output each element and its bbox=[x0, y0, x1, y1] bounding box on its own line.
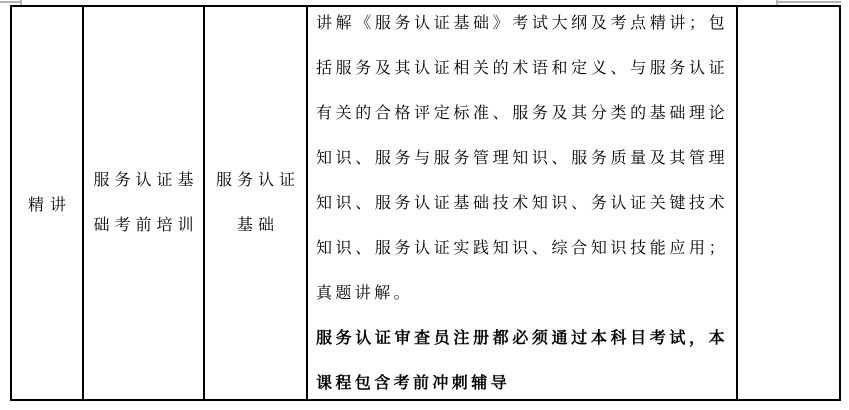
text-line: 服务认证审查员注册都必须通过本科目考试，本 bbox=[316, 316, 728, 361]
text-line: 课程包含考前冲刺辅导 bbox=[316, 361, 728, 399]
text-line: 讲解《服务认证基础》考试大纲及考点精讲；包 bbox=[316, 7, 728, 46]
exam-subject-text: 服务认证基础 bbox=[205, 158, 306, 248]
text-line: 础考前培训 bbox=[84, 203, 203, 248]
cell-course-description: 讲解《服务认证基础》考试大纲及考点精讲；包括服务及其认证相关的术语和定义、与服务… bbox=[308, 7, 738, 399]
text-line: 服务认证 bbox=[205, 158, 306, 203]
cell-course-name: 服务认证基础考前培训 bbox=[84, 7, 205, 399]
cell-course-type: 精讲 bbox=[12, 7, 84, 399]
crop-artifact-top-left-horizontal bbox=[0, 1, 22, 3]
course-description-text: 讲解《服务认证基础》考试大纲及考点精讲；包括服务及其认证相关的术语和定义、与服务… bbox=[316, 7, 728, 399]
text-line: 括服务及其认证相关的术语和定义、与服务认证 bbox=[316, 46, 728, 91]
course-type-label: 精讲 bbox=[22, 192, 72, 215]
text-line: 知识、服务认证实践知识、综合知识技能应用； bbox=[316, 226, 728, 271]
course-table: 精讲 服务认证基础考前培训 服务认证基础 讲解《服务认证基础》考试大纲及考点精讲… bbox=[10, 5, 841, 401]
crop-artifact-top-right-horizontal bbox=[777, 1, 841, 3]
text-line: 基础 bbox=[205, 203, 306, 248]
course-name-text: 服务认证基础考前培训 bbox=[84, 158, 203, 248]
cell-empty bbox=[738, 7, 839, 399]
document-page: 精讲 服务认证基础考前培训 服务认证基础 讲解《服务认证基础》考试大纲及考点精讲… bbox=[0, 0, 849, 410]
text-line: 知识、服务与服务管理知识、服务质量及其管理 bbox=[316, 136, 728, 181]
text-line: 有关的合格评定标准、服务及其分类的基础理论 bbox=[316, 91, 728, 136]
text-line: 真题讲解。 bbox=[316, 271, 728, 316]
text-line: 服务认证基 bbox=[84, 158, 203, 203]
text-line: 知识、服务认证基础技术知识、务认证关键技术 bbox=[316, 181, 728, 226]
cell-exam-subject: 服务认证基础 bbox=[205, 7, 308, 399]
